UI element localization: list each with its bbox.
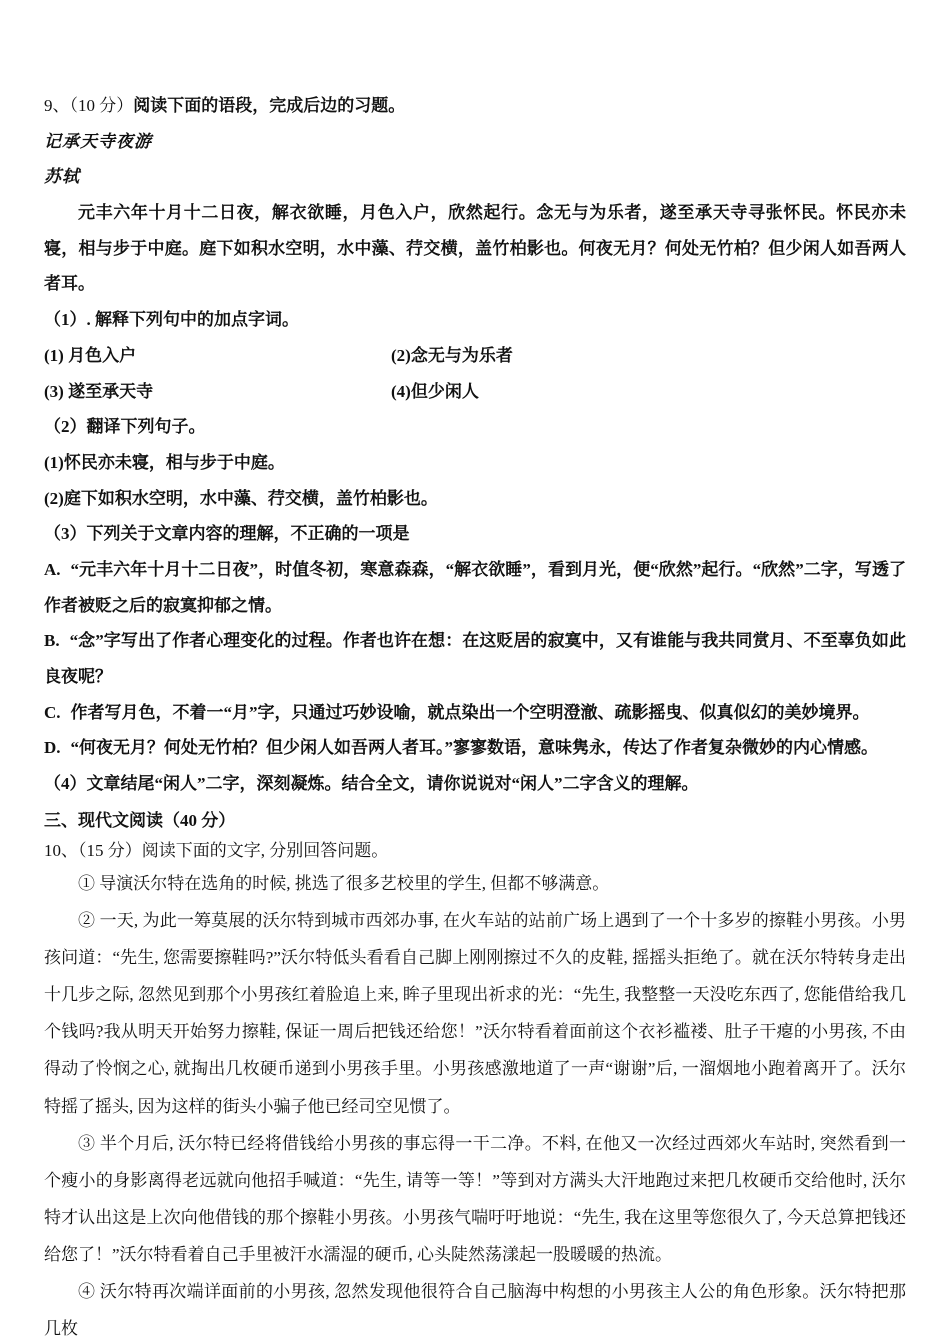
sub-question-2-label: （2）翻译下列句子。	[44, 409, 906, 445]
exam-page: 9、（10 分）阅读下面的语段，完成后边的习题。 记承天寺夜游 苏轼 元丰六年十…	[0, 0, 950, 1344]
modern-paragraph-3: ③ 半个月后, 沃尔特已经将借钱给小男孩的事忘得一干二净。不料, 在他又一次经过…	[44, 1125, 906, 1273]
word-item-2: (2)念无与为乐者	[391, 338, 906, 374]
section-3-heading: 三、现代文阅读（40 分）	[44, 806, 906, 836]
option-d-letter: D.	[44, 738, 61, 757]
option-a: A.“元丰六年十月十二日夜”，时值冬初，寒意森森，“解衣欲睡”，看到月光，便“欣…	[44, 552, 906, 623]
passage-title: 记承天寺夜游	[44, 124, 906, 160]
option-d-text: “何夜无月？何处无竹柏？但少闲人如吾两人者耳。”寥寥数语，意味隽永，传达了作者复…	[71, 738, 879, 757]
question-10-header: 10、（15 分）阅读下面的文字, 分别回答问题。	[44, 836, 906, 866]
passage-author: 苏轼	[44, 159, 906, 195]
word-item-3: (3) 遂至承天寺	[44, 374, 391, 410]
option-a-text: “元丰六年十月十二日夜”，时值冬初，寒意森森，“解衣欲睡”，看到月光，便“欣然”…	[44, 560, 906, 615]
translate-sentence-2: (2)庭下如积水空明，水中藻、荇交横，盖竹柏影也。	[44, 481, 906, 517]
option-c-letter: C.	[44, 703, 61, 722]
modern-paragraph-1: ① 导演沃尔特在选角的时候, 挑选了很多艺校里的学生, 但都不够满意。	[44, 865, 906, 902]
option-b-letter: B.	[44, 631, 60, 650]
sub-question-4-label: （4）文章结尾“闲人”二字，深刻凝炼。结合全文，请你说说对“闲人”二字含义的理解…	[44, 766, 906, 802]
option-b-text: “念”字写出了作者心理变化的过程。作者也许在想：在这贬居的寂寞中，又有谁能与我共…	[44, 631, 906, 686]
question-9-number: 9、（10 分）	[44, 96, 133, 115]
question-9-instruction: 阅读下面的语段，完成后边的习题。	[133, 96, 405, 115]
sub-question-1-label: （1）. 解释下列句中的加点字词。	[44, 302, 906, 338]
translate-sentence-1: (1)怀民亦未寝，相与步于中庭。	[44, 445, 906, 481]
word-item-4: (4)但少闲人	[391, 374, 906, 410]
word-items-row-1: (1) 月色入户 (2)念无与为乐者	[44, 338, 906, 374]
option-a-letter: A.	[44, 560, 61, 579]
option-b: B.“念”字写出了作者心理变化的过程。作者也许在想：在这贬居的寂寞中，又有谁能与…	[44, 623, 906, 694]
option-c: C.作者写月色，不着一“月”字，只通过巧妙设喻，就点染出一个空明澄澈、疏影摇曳、…	[44, 695, 906, 731]
question-9-header: 9、（10 分）阅读下面的语段，完成后边的习题。	[44, 88, 906, 124]
word-item-1: (1) 月色入户	[44, 338, 391, 374]
classical-passage: 元丰六年十月十二日夜，解衣欲睡，月色入户，欣然起行。念无与为乐者，遂至承天寺寻张…	[44, 195, 906, 302]
option-c-text: 作者写月色，不着一“月”字，只通过巧妙设喻，就点染出一个空明澄澈、疏影摇曳、似真…	[71, 703, 870, 722]
modern-paragraph-2: ② 一天, 为此一筹莫展的沃尔特到城市西郊办事, 在火车站的站前广场上遇到了一个…	[44, 902, 906, 1124]
option-d: D.“何夜无月？何处无竹柏？但少闲人如吾两人者耳。”寥寥数语，意味隽永，传达了作…	[44, 730, 906, 766]
sub-question-3-label: （3）下列关于文章内容的理解，不正确的一项是	[44, 516, 906, 552]
word-items-row-2: (3) 遂至承天寺 (4)但少闲人	[44, 374, 906, 410]
modern-paragraph-4: ④ 沃尔特再次端详面前的小男孩, 忽然发现他很符合自己脑海中构想的小男孩主人公的…	[44, 1273, 906, 1344]
